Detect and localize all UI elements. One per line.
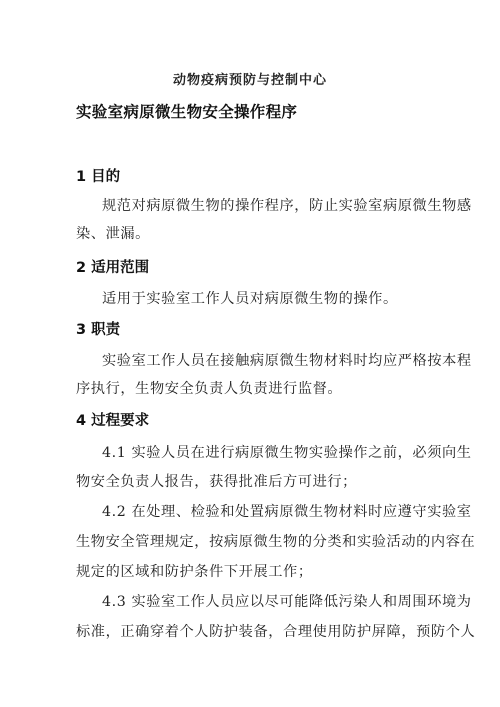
paragraph-line: 4.2 在处理、检验和处置病原微生物材料时应遵守实验室 — [102, 501, 452, 521]
section-heading-purpose: 1 目的 — [76, 165, 120, 186]
paragraph-line: 4.1 实验人员在进行病原微生物实验操作之前，必须向生 — [102, 442, 452, 462]
paragraph-line: 4.3 实验室工作人员应以尽可能降低污染人和周围环境为 — [102, 591, 452, 611]
organization-header: 动物疫病预防与控制中心 — [0, 69, 500, 88]
section-heading-responsibility: 3 职责 — [76, 318, 120, 339]
paragraph-line: 标准，正确穿着个人防护装备，合理使用防护屏障，预防个人 — [76, 621, 426, 641]
document-title: 实验室病原微生物安全操作程序 — [76, 100, 297, 122]
paragraph-line: 适用于实验室工作人员对病原微生物的操作。 — [102, 288, 452, 308]
paragraph-line: 生物安全管理规定，按病原微生物的分类和实验活动的内容在 — [76, 531, 426, 551]
paragraph-line: 序执行，生物安全负责人负责进行监督。 — [76, 378, 426, 398]
paragraph-line: 规范对病原微生物的操作程序，防止实验室病原微生物感 — [102, 195, 452, 215]
paragraph-line: 规定的区域和防护条件下开展工作； — [76, 561, 426, 581]
paragraph-line: 物安全负责人报告，获得批准后方可进行； — [76, 471, 426, 491]
document-page: 动物疫病预防与控制中心 实验室病原微生物安全操作程序 1 目的 规范对病原微生物… — [0, 0, 500, 707]
section-heading-process: 4 过程要求 — [76, 409, 149, 430]
paragraph-line: 染、泄漏。 — [76, 223, 426, 243]
paragraph-line: 实验室工作人员在接触病原微生物材料时均应严格按本程 — [102, 350, 452, 370]
section-heading-scope: 2 适用范围 — [76, 256, 149, 277]
